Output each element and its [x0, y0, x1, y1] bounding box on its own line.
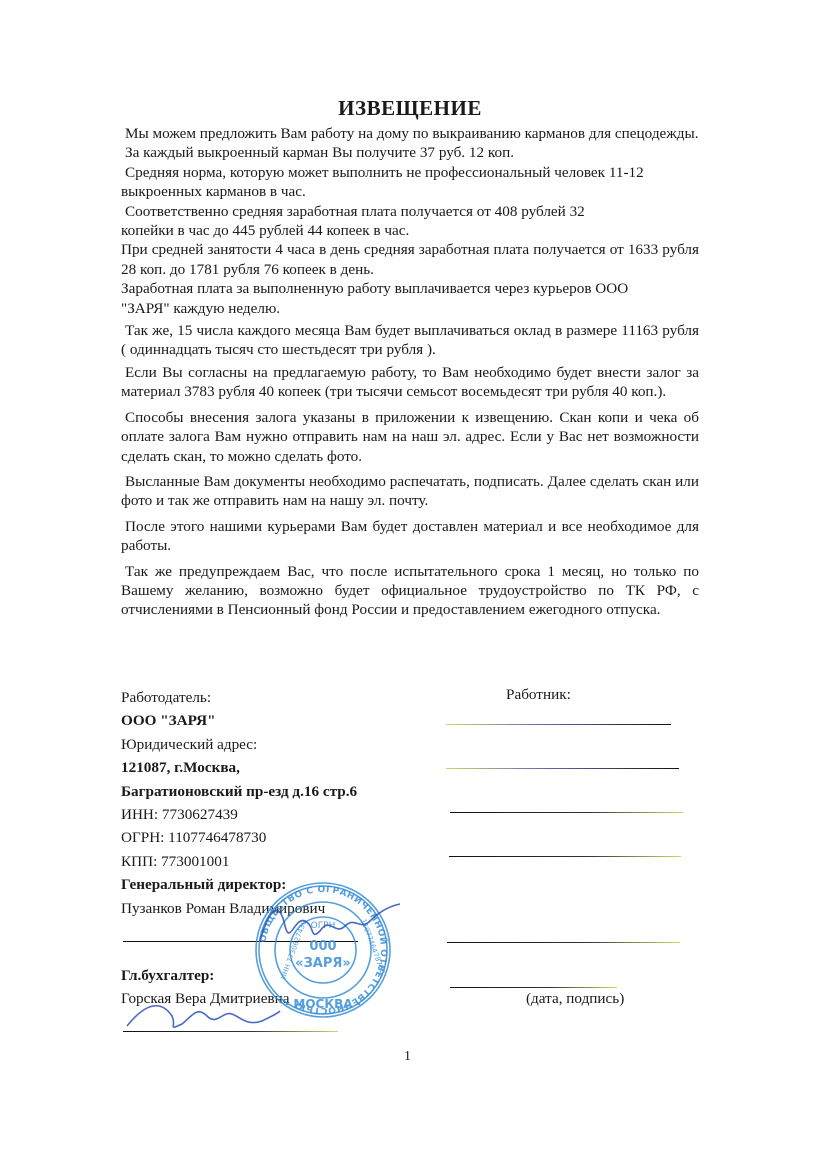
- document-body: Мы можем предложить Вам работу на дому п…: [121, 124, 699, 620]
- document-page: ИЗВЕЩЕНИЕ Мы можем предложить Вам работу…: [0, 0, 820, 1162]
- paragraph-documents: Высланные Вам документы необходимо распе…: [121, 472, 699, 511]
- paragraph-deposit: Если Вы согласны на предлагаемую работу,…: [121, 363, 699, 402]
- paragraph-deposit-methods: Способы внесения залога указаны в прилож…: [121, 408, 699, 466]
- worker-field-line-2[interactable]: [446, 768, 679, 769]
- worker-field-line-1[interactable]: [446, 724, 671, 725]
- paragraph-salary: Так же, 15 числа каждого месяца Вам буде…: [121, 321, 699, 360]
- paragraph-pay-per-pocket: За каждый выкроенный карман Вы получите …: [121, 143, 699, 162]
- inn: ИНН: 7730627439: [121, 803, 421, 826]
- paragraph-offer: Мы можем предложить Вам работу на дому п…: [121, 124, 699, 143]
- paragraph-daily-wage: При средней занятости 4 часа в день сред…: [121, 240, 699, 279]
- worker-field-line-4[interactable]: [449, 856, 681, 857]
- accountant-signature: [122, 996, 282, 1036]
- worker-field-line-5[interactable]: [447, 942, 680, 943]
- ogrn: ОГРН: 1107746478730: [121, 826, 421, 849]
- director-signature: [250, 896, 410, 956]
- employer-label: Работодатель:: [121, 686, 421, 709]
- worker-date-signature-line[interactable]: [450, 987, 617, 988]
- address-label: Юридический адрес:: [121, 733, 421, 756]
- svg-text:«ЗАРЯ»: «ЗАРЯ»: [295, 956, 351, 971]
- svg-text:· МОСКВА ·: · МОСКВА ·: [285, 997, 362, 1011]
- page-number: 1: [404, 1049, 411, 1065]
- paragraph-employment: Так же предупреждаем Вас, что после испы…: [121, 562, 699, 620]
- paragraph-norm: Средняя норма, которую может выполнить н…: [121, 163, 699, 202]
- date-signature-label: (дата, подпись): [526, 990, 624, 1008]
- paragraph-hourly-wage: Соответственно средняя заработная плата …: [121, 202, 699, 241]
- worker-field-line-3[interactable]: [450, 812, 683, 813]
- address-line-2: Багратионовский пр-езд д.16 стр.6: [121, 780, 421, 803]
- paragraph-delivery: После этого нашими курьерами Вам будет д…: [121, 517, 699, 556]
- paragraph-payment-schedule: Заработная плата за выполненную работу в…: [121, 279, 699, 318]
- worker-label: Работник:: [506, 686, 571, 704]
- address-line-1: 121087, г.Москва,: [121, 756, 421, 779]
- document-title: ИЗВЕЩЕНИЕ: [0, 96, 820, 121]
- employer-company: ООО "ЗАРЯ": [121, 709, 421, 732]
- kpp: КПП: 773001001: [121, 850, 421, 873]
